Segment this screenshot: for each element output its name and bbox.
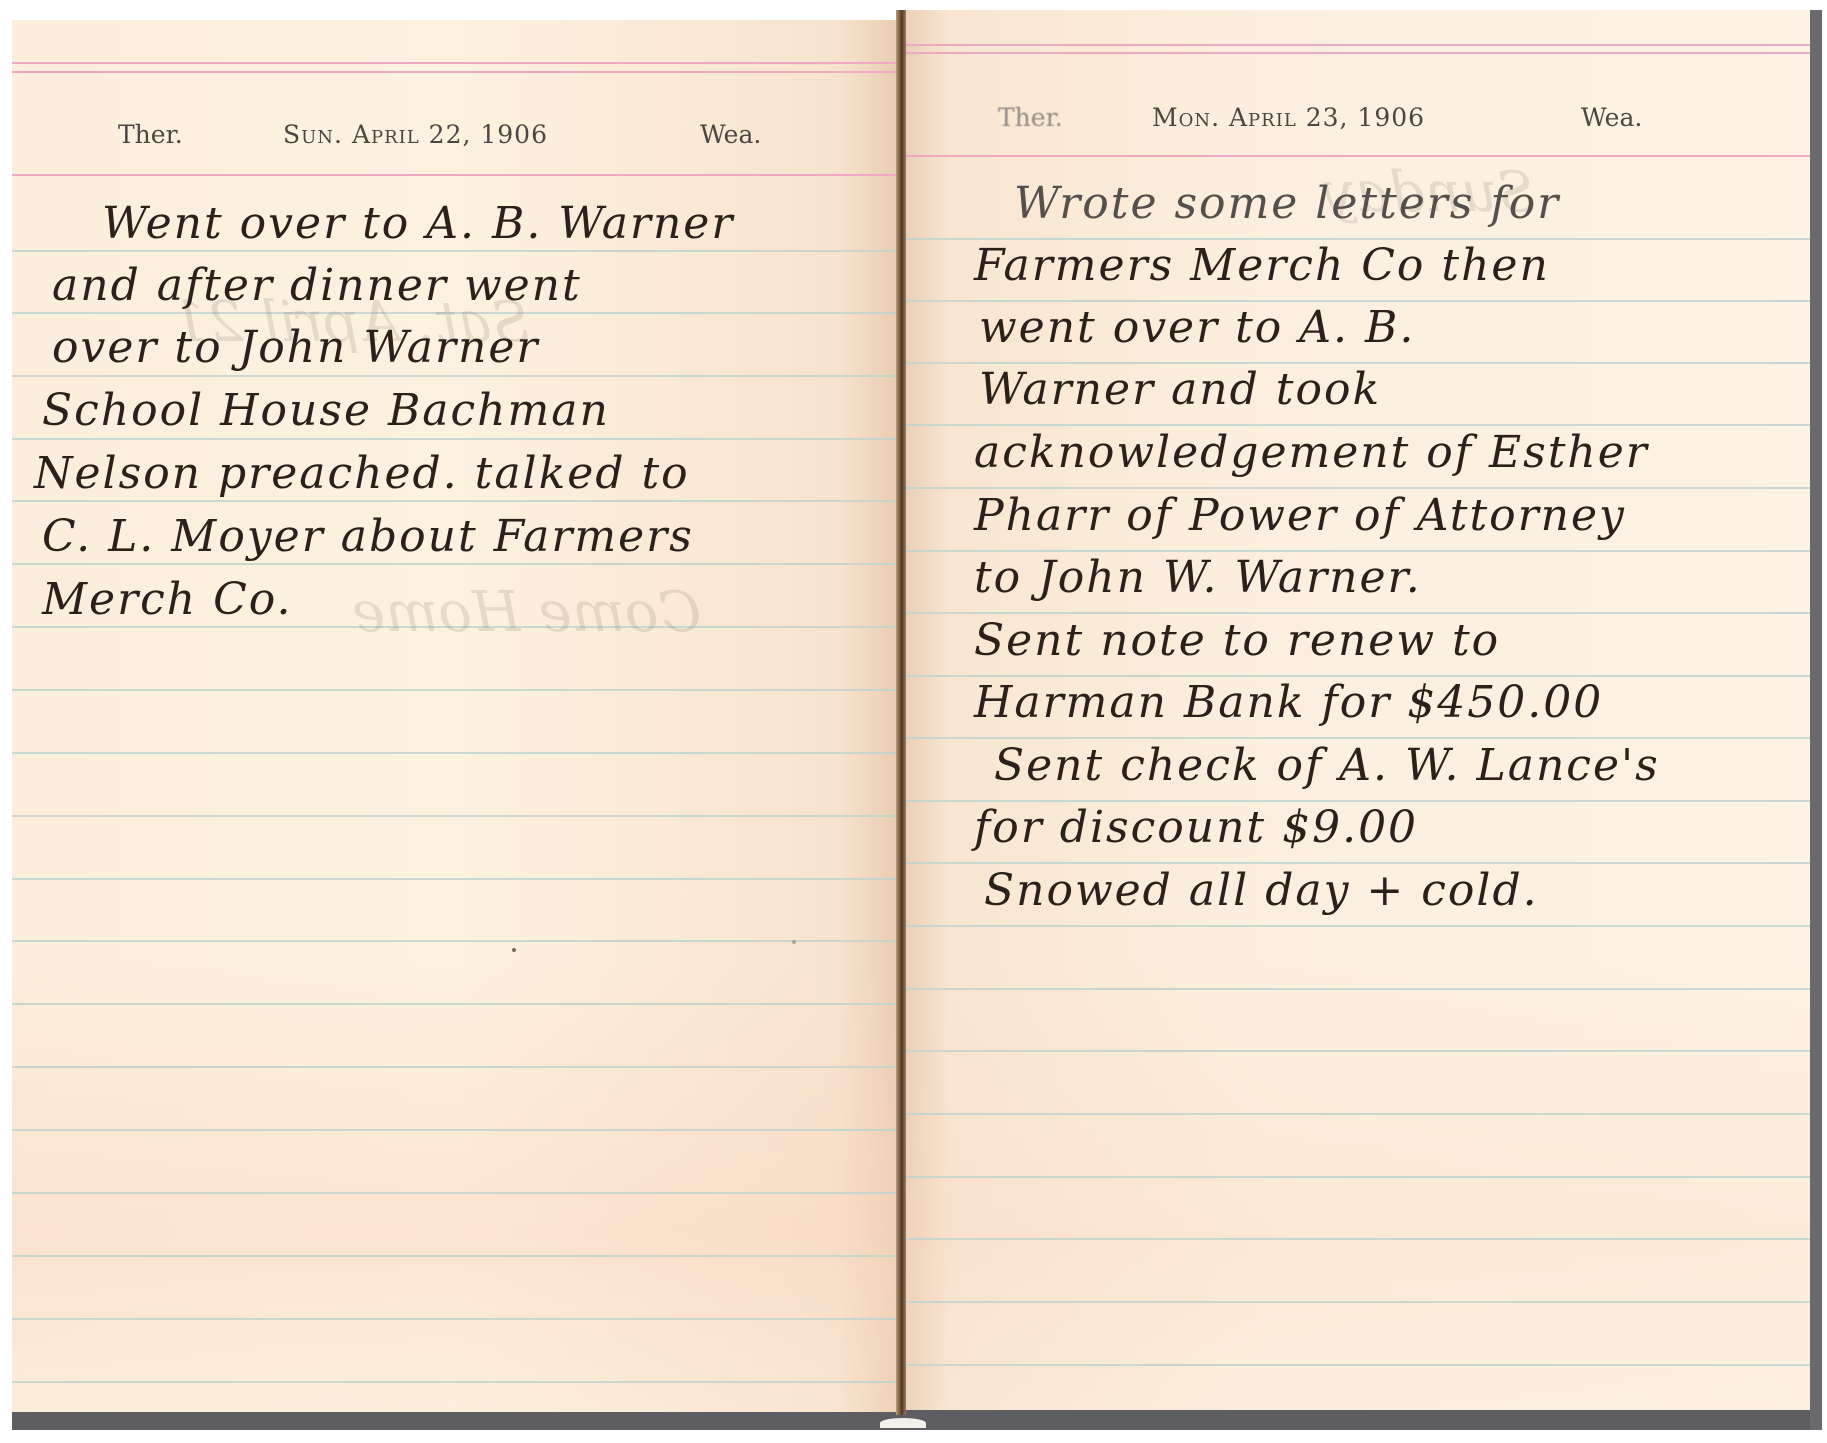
wea-label: Wea. [700,120,761,149]
entry-line: over to John Warner [12,322,898,373]
entry-line: and after dinner went [12,260,898,311]
wea-label: Wea. [1581,103,1642,132]
header-rule-top-2 [12,71,898,73]
header-rule-top [12,62,898,64]
right-page: Ther. Mon. April 23, 1906 Wea. Sunday Wr… [904,10,1810,1410]
header-rule-bottom [904,155,1810,157]
page-header: Ther. Sun. April 22, 1906 Wea. [12,120,898,160]
page-header: Ther. Mon. April 23, 1906 Wea. [904,103,1810,143]
header-rule-top-2 [904,52,1810,54]
entry-line: Farmers Merch Co then [904,240,1810,291]
entry-line: School House Bachman [12,385,898,436]
ther-label: Ther. [118,120,183,149]
entry-line: Went over to A. B. Warner [12,198,898,249]
spine-thread [880,1418,926,1428]
entry-line: for discount $9.00 [904,802,1810,853]
page-date: Sun. April 22, 1906 [283,120,548,149]
entry-line: Wrote some letters for [904,178,1810,229]
entry-line: Harman Bank for $450.00 [904,677,1810,728]
book-spine [896,10,906,1415]
book-cover-edge-right [1810,10,1822,1430]
ther-label: Ther. [998,103,1063,132]
left-page: Ther. Sun. April 22, 1906 Wea. Sat. Apri… [12,20,898,1412]
entry-line: Nelson preached. talked to [12,448,898,499]
entry-line: acknowledgement of Esther [904,427,1810,478]
entry-line: Pharr of Power of Attorney [904,490,1810,541]
header-rule-top [904,44,1810,46]
entry-line: Snowed all day + cold. [904,865,1810,916]
entry-line: Merch Co. [12,574,898,625]
entry-line: Warner and took [904,364,1810,415]
entry-line: Sent check of A. W. Lance's [904,740,1810,791]
entry-line: C. L. Moyer about Farmers [12,511,898,562]
header-rule-bottom [12,174,898,176]
entry-line: Sent note to renew to [904,615,1810,666]
entry-line: went over to A. B. [904,302,1810,353]
entry-line: to John W. Warner. [904,552,1810,603]
page-date: Mon. April 23, 1906 [1152,103,1425,132]
